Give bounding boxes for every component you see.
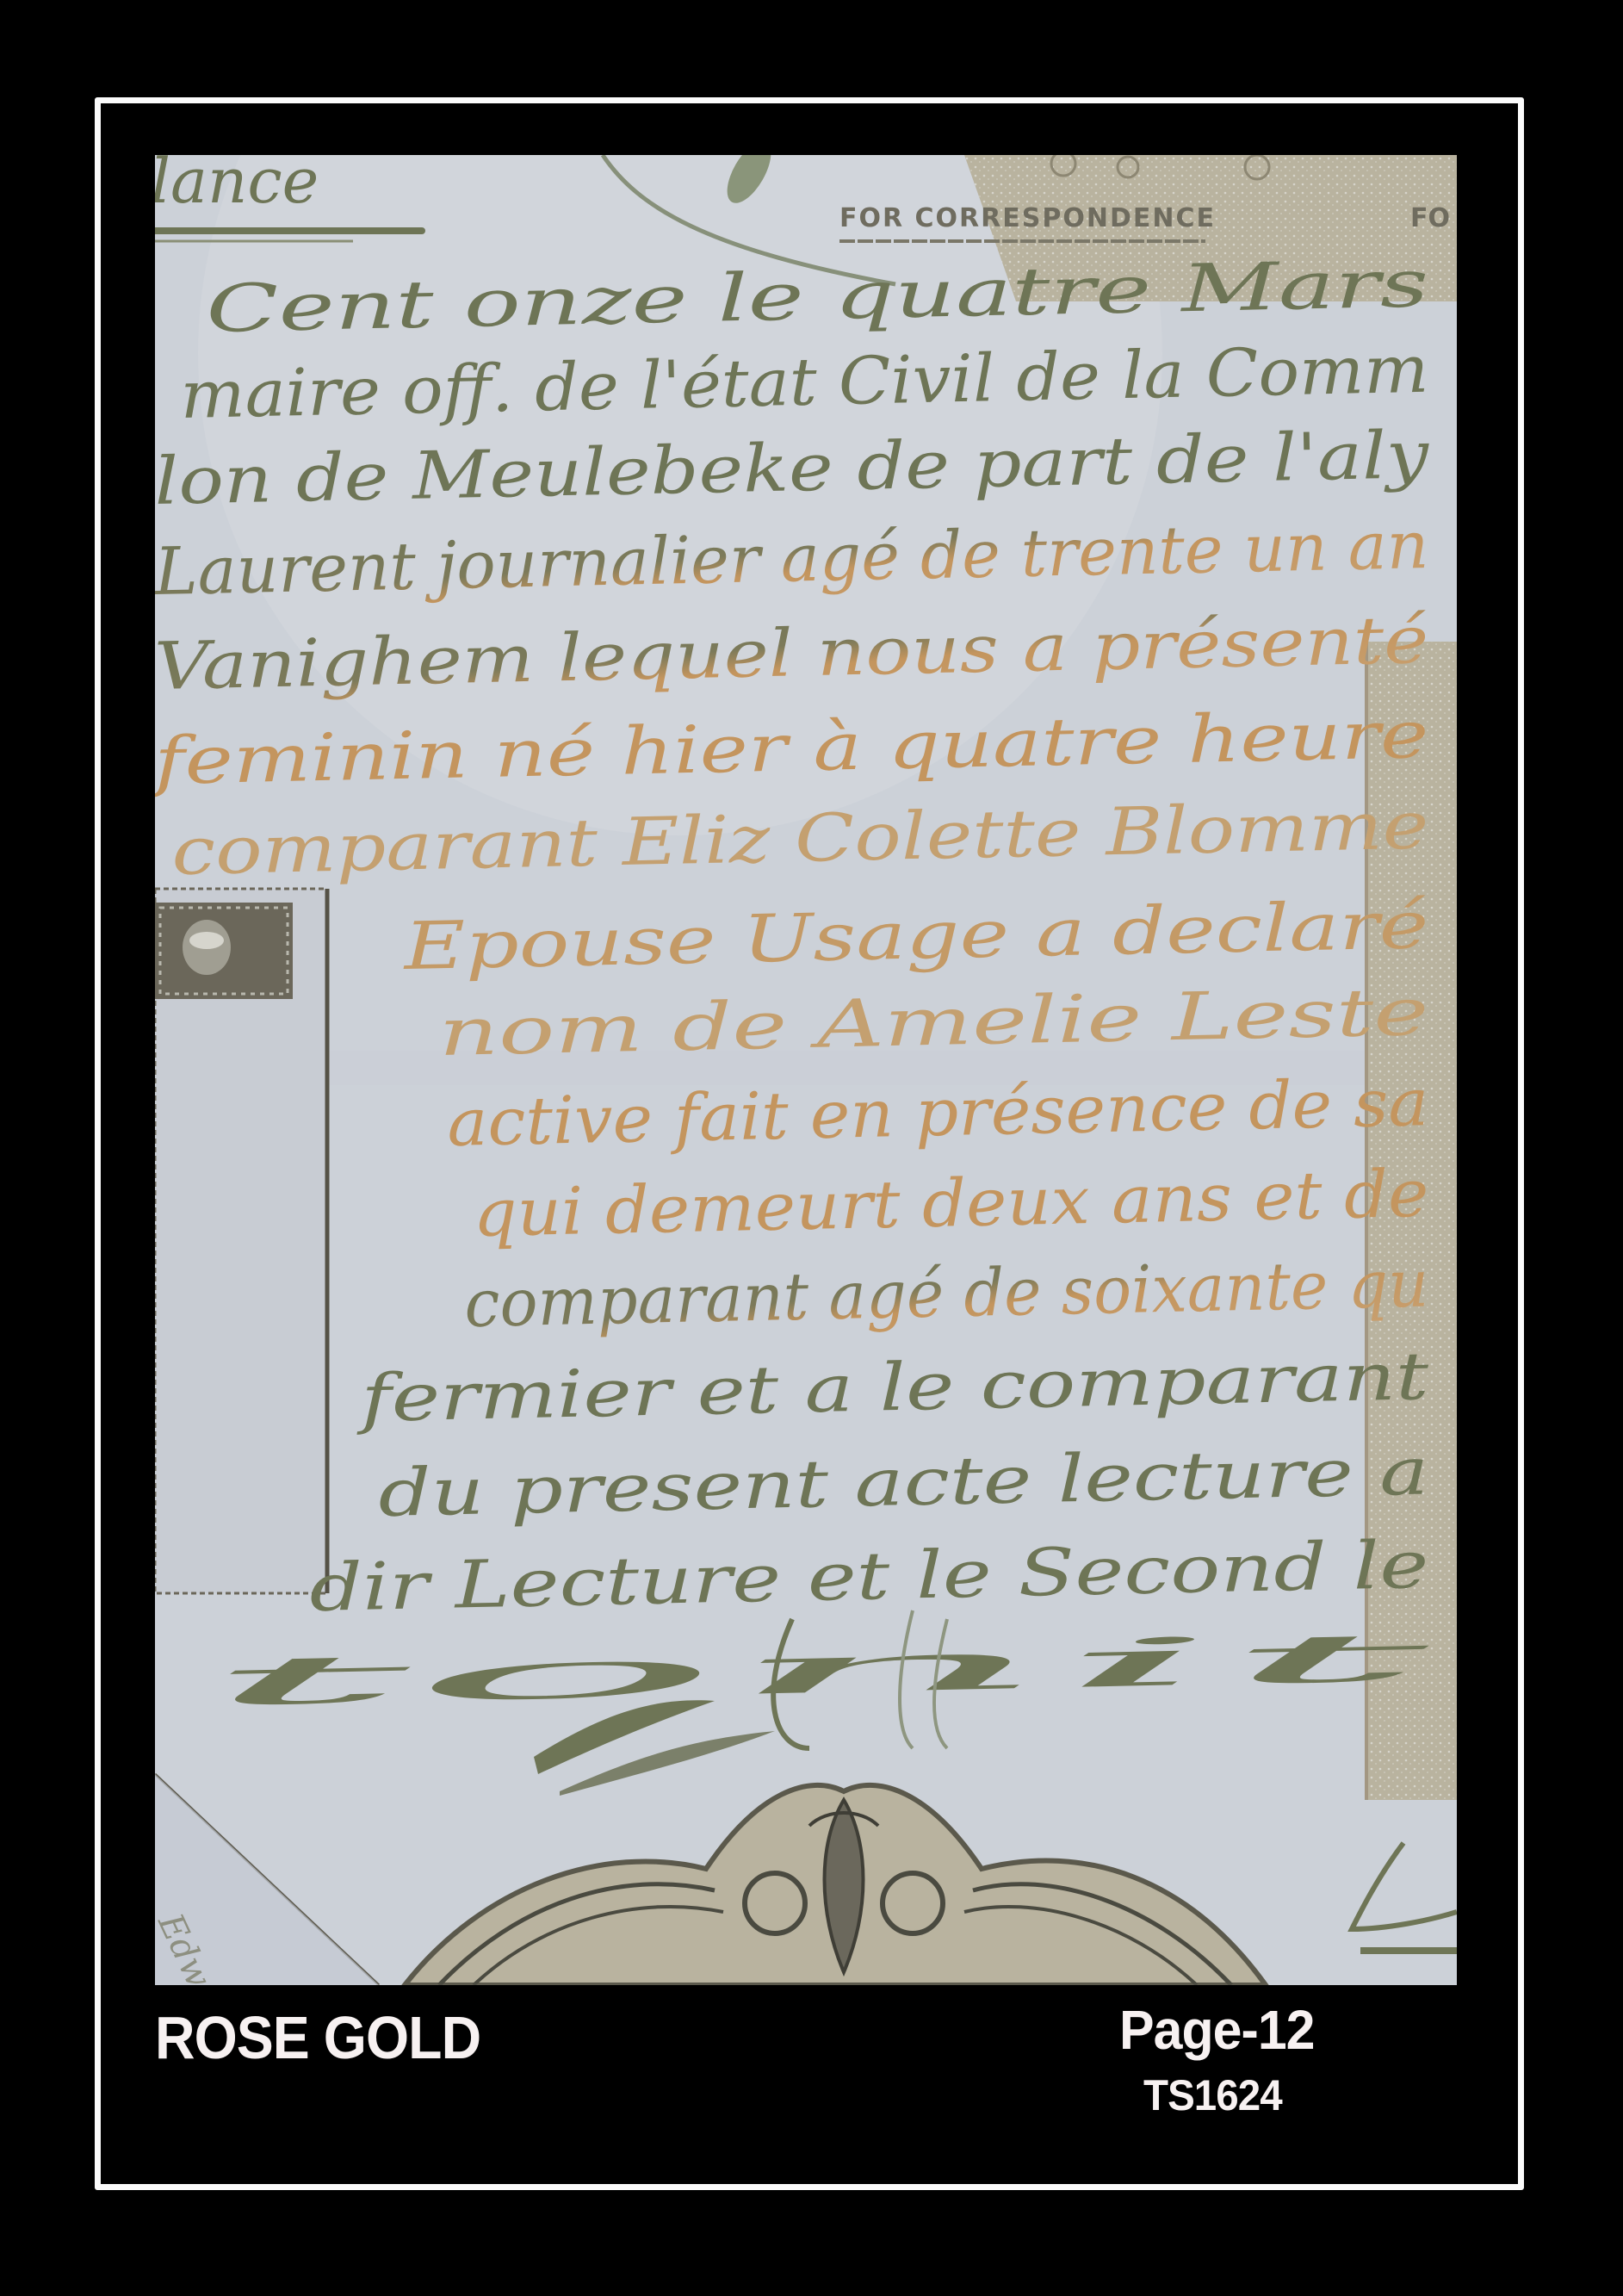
- page-number-label: Page-12: [1119, 1998, 1315, 2062]
- product-code-label: TS1624: [1143, 2070, 1282, 2120]
- correspondence-header-fragment: FO: [1410, 203, 1450, 233]
- color-name-label: ROSE GOLD: [155, 2003, 480, 2072]
- correspondence-header-text: FOR CORRESPONDENCE: [839, 203, 1216, 233]
- vintage-letter-pattern: FOR CORRESPONDENCE FO lance Edw Cent onz…: [155, 155, 1457, 1985]
- product-sample-image: FOR CORRESPONDENCE FO lance Edw Cent onz…: [155, 155, 1457, 1985]
- script-fragment: lance: [155, 155, 319, 217]
